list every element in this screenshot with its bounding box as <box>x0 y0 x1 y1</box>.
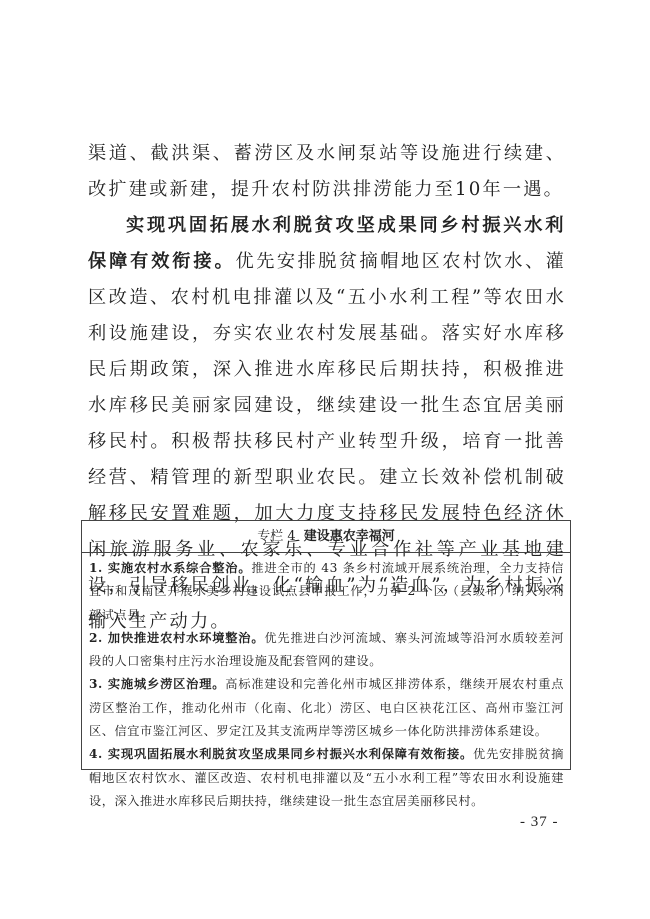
column-item-4: 4. 实现巩固拓展水利脱贫攻坚成果同乡村振兴水利保障有效衔接。优先安排脱贫摘帽地… <box>89 743 564 813</box>
column-box-title: 建设惠农幸福河 <box>304 529 395 544</box>
column-box: 专栏 4 建设惠农幸福河 1. 实施农村水系综合整治。推进全市的 43 条乡村流… <box>81 520 571 770</box>
column-box-body: 1. 实施农村水系综合整治。推进全市的 43 条乡村流域开展系统治理，全力支持信… <box>82 553 570 813</box>
column-item-2: 2. 加快推进农村水环境整治。优先推进白沙河流域、寨头河流域等沿河水质较差河段的… <box>89 627 564 674</box>
column-item-3: 3. 实施城乡涝区治理。高标准建设和完善化州市城区排涝体系，继续开展农村重点涝区… <box>89 673 564 743</box>
document-page: 渠道、截洪渠、蓄涝区及水闸泵站等设施进行续建、改扩建或新建，提升农村防洪排涝能力… <box>0 0 650 919</box>
column-box-number: 专栏 4 <box>257 529 295 544</box>
column-item-3-lead: 3. 实施城乡涝区治理。 <box>89 677 225 691</box>
column-item-2-lead: 2. 加快推进农村水环境整治。 <box>89 631 264 645</box>
paragraph-1-text: 渠道、截洪渠、蓄涝区及水闸泵站等设施进行续建、改扩建或新建，提升农村防洪排涝能力… <box>88 143 566 200</box>
page-number: - 37 - <box>520 814 559 831</box>
column-item-4-lead: 4. 实现巩固拓展水利脱贫攻坚成果同乡村振兴水利保障有效衔接。 <box>89 747 473 761</box>
column-item-1-lead: 1. 实施农村水系综合整治。 <box>89 561 251 575</box>
paragraph-1: 渠道、截洪渠、蓄涝区及水闸泵站等设施进行续建、改扩建或新建，提升农村防洪排涝能力… <box>88 136 566 208</box>
column-box-header: 专栏 4 建设惠农幸福河 <box>82 521 570 553</box>
column-item-1: 1. 实施农村水系综合整治。推进全市的 43 条乡村流域开展系统治理，全力支持信… <box>89 557 564 627</box>
